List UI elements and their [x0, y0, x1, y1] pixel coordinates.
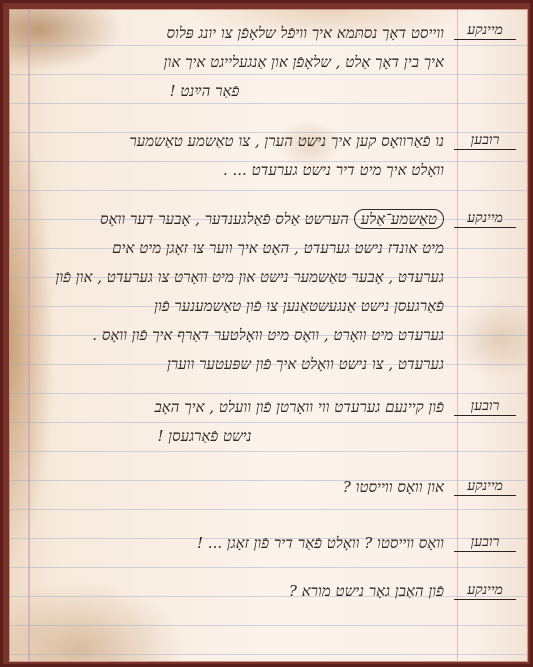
text-line: מיט אונדז נישט גערעדט , האָט איך ווער צו… — [25, 234, 444, 263]
text-line: גערעדט , אָבער טאַשמער נישט און מיט וואָ… — [25, 263, 444, 292]
right-margin-line — [457, 9, 458, 662]
entry-text: ווייסט דאָך נסתּמא איך וויפֿל שלאָפֿן צו… — [25, 19, 444, 106]
entry-text: טאַשמע־אַלע הערשט אַלס פֿאַלגענדער , אָב… — [25, 205, 444, 379]
photo-frame: מיינקע ווייסט דאָך נסתּמא איך וויפֿל שלא… — [0, 0, 533, 667]
speaker-label: רובען — [454, 397, 516, 416]
text-line: טאַשמע־אַלע הערשט אַלס פֿאַלגענדער , אָב… — [25, 205, 444, 234]
entry-text: וואָס ווייסטו ? וואָלט פֿאַר דיר פֿון זא… — [25, 529, 444, 558]
text-line: וואָלט איך מיט דיר נישט גערעדט ... . — [25, 156, 444, 185]
entry-text: און וואָס ווייסטו ? — [25, 473, 444, 502]
speaker-label: מיינקע — [454, 21, 516, 40]
speaker-label: מיינקע — [454, 581, 516, 600]
text-line: פֿון האַבן גאָר נישט מורא ? — [25, 577, 444, 606]
text-fragment: הערשט אַלס פֿאַלגענדער , אָבער דער וואָס — [100, 210, 349, 228]
text-line: ווייסט דאָך נסתּמא איך וויפֿל שלאָפֿן צו… — [25, 19, 444, 48]
text-line: פֿאַר הײַנט ! — [25, 77, 444, 106]
entry-text: פֿון קיינעם גערעדט ווי וואָרטן פֿון וועל… — [25, 393, 444, 451]
speaker-label: מיינקע — [454, 477, 516, 496]
text-line: נישט פֿאַרגעסן ! — [25, 422, 444, 451]
text-line: פֿון קיינעם גערעדט ווי וואָרטן פֿון וועל… — [25, 393, 444, 422]
text-line: נו פֿאַרוואָס קען איך נישט הערן , צו טאַ… — [25, 127, 444, 156]
speaker-label: רובען — [454, 533, 516, 552]
text-line: גערעדט , צו נישט וואָלט איך פֿון שפּעטער… — [25, 350, 444, 379]
text-line: גערעדט מיט וואָרט , וואָס מיט וואָלטער ד… — [25, 321, 444, 350]
text-line: פֿאַרגעסן נישט אַנגעשטאַנען צו פֿון טאַש… — [25, 292, 444, 321]
entry-text: נו פֿאַרוואָס קען איך נישט הערן , צו טאַ… — [25, 127, 444, 185]
entry-text: פֿון האַבן גאָר נישט מורא ? — [25, 577, 444, 606]
text-line: און וואָס ווייסטו ? — [25, 473, 444, 502]
speaker-label: מיינקע — [454, 209, 516, 228]
circled-word: טאַשמע־אַלע — [354, 209, 444, 229]
notebook-page: מיינקע ווייסט דאָך נסתּמא איך וויפֿל שלא… — [9, 9, 528, 662]
speaker-label: רובען — [454, 131, 516, 150]
text-line: וואָס ווייסטו ? וואָלט פֿאַר דיר פֿון זא… — [25, 529, 444, 558]
text-line: איך בין דאָך אַלט , שלאָפֿן און אַנגעליי… — [25, 48, 444, 77]
